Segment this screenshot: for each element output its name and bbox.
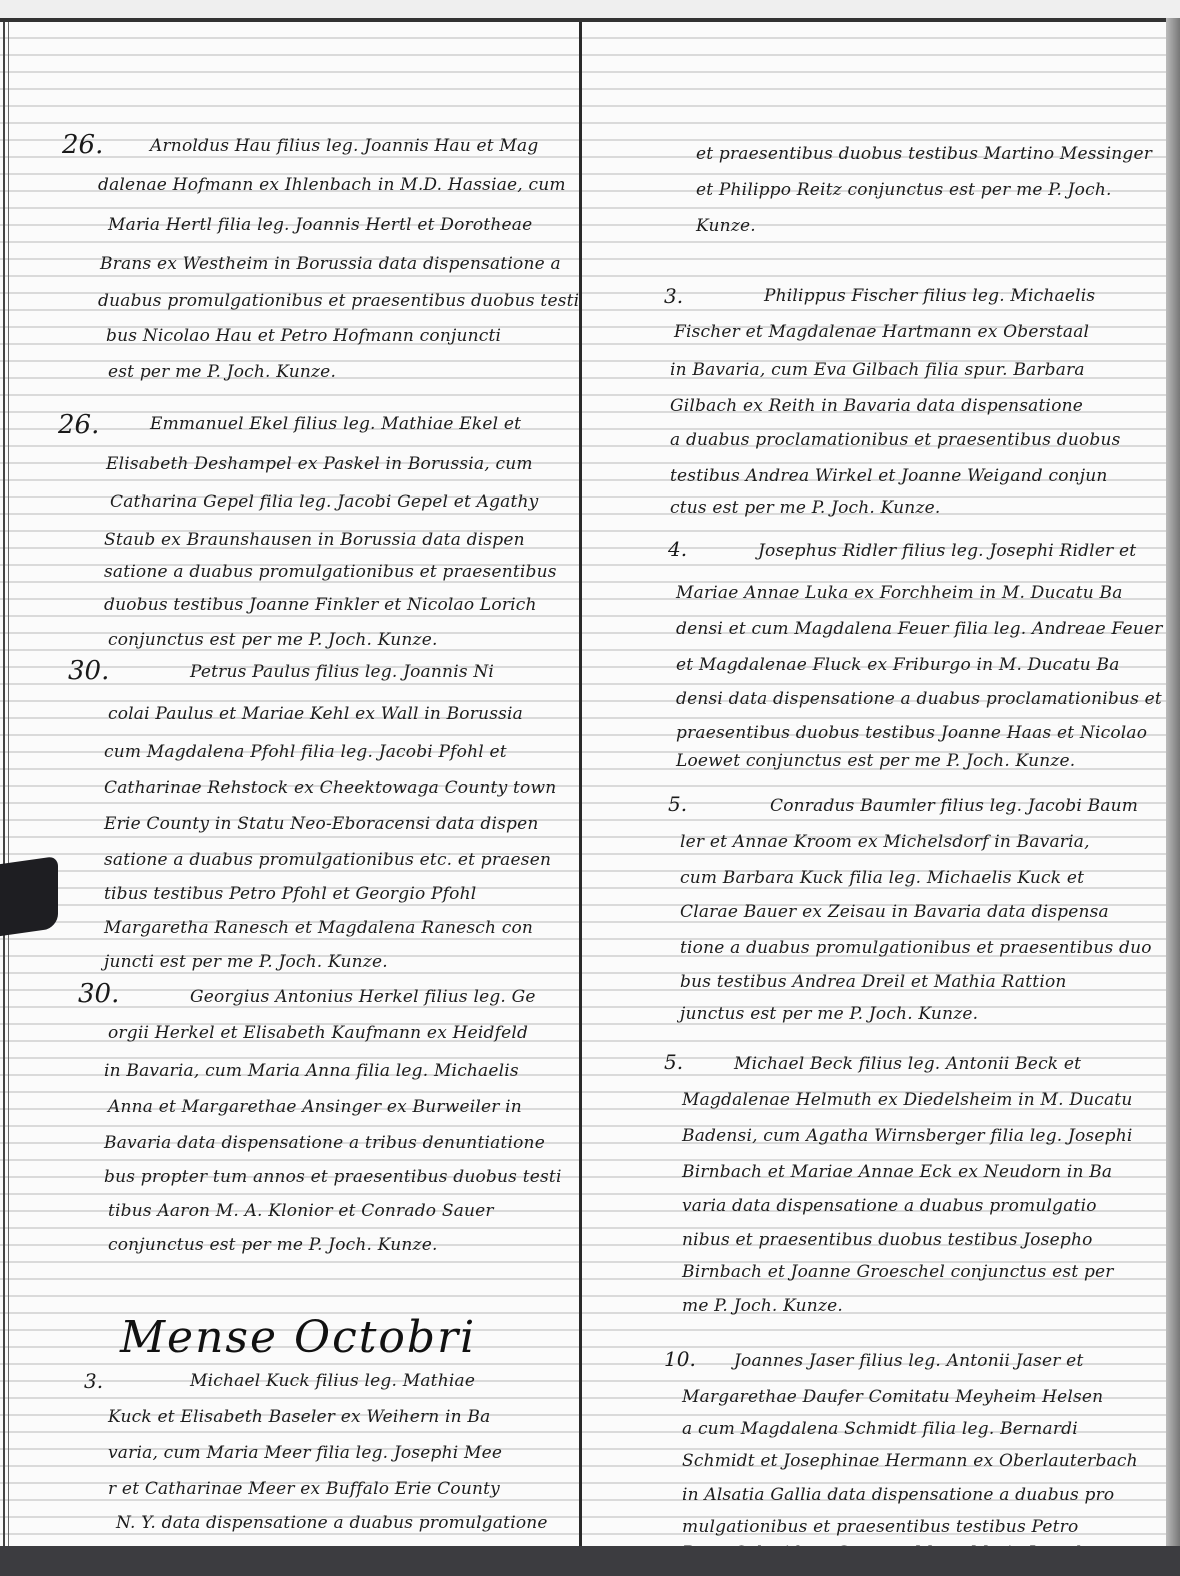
- entry-line: colai Paulus et Mariae Kehl ex Wall in B…: [108, 704, 523, 724]
- entry-line: mulgationibus et praesentibus testibus P…: [682, 1517, 1078, 1537]
- entry-line: conjunctus est per me P. Joch. Kunze.: [108, 630, 438, 650]
- entry-number: 26.: [58, 410, 99, 440]
- left-margin-rule: [3, 22, 5, 1546]
- entry-number: 3.: [84, 1369, 103, 1393]
- entry-line: Schmidt et Josephinae Hermann ex Oberlau…: [682, 1451, 1138, 1471]
- entry-line: Loewet conjunctus est per me P. Joch. Ku…: [676, 751, 1075, 771]
- entry-line: juncti est per me P. Joch. Kunze.: [104, 952, 388, 972]
- entry-number: 3.: [664, 284, 683, 308]
- scan-right-edge-shadow: [1166, 18, 1180, 1548]
- entry-line: Margarethae Daufer Comitatu Meyheim Hels…: [682, 1387, 1103, 1407]
- left-margin-rule: [8, 22, 9, 1546]
- entry-line: in Bavaria, cum Eva Gilbach filia spur. …: [670, 360, 1085, 380]
- entry-line: Michael Beck filius leg. Antonii Beck et: [734, 1054, 1081, 1074]
- entry-line: Brans ex Westheim in Borussia data dispe…: [100, 254, 561, 274]
- entry-line: in Bavaria, cum Maria Anna filia leg. Mi…: [104, 1061, 519, 1081]
- entry-line: Emmanuel Ekel filius leg. Mathiae Ekel e…: [150, 414, 521, 434]
- entry-line: Birnbach et Mariae Annae Eck ex Neudorn …: [682, 1162, 1112, 1182]
- entry-line: dalenae Hofmann ex Ihlenbach in M.D. Has…: [98, 175, 566, 195]
- entry-line: tibus testibus Petro Pfohl et Georgio Pf…: [104, 884, 476, 904]
- entry-line: bus propter tum annos et praesentibus du…: [104, 1167, 562, 1187]
- entry-line: densi data dispensatione a duabus procla…: [676, 689, 1162, 709]
- entry-line: Georgius Antonius Herkel filius leg. Ge: [190, 987, 536, 1007]
- entry-line: junctus est per me P. Joch. Kunze.: [680, 1004, 978, 1024]
- entry-line: Birnbach et Joanne Groeschel conjunctus …: [682, 1262, 1114, 1282]
- binding-tab: [0, 856, 58, 936]
- entry-number: 5.: [664, 1050, 683, 1074]
- scan-bottom-shadow: [0, 1546, 1180, 1576]
- entry-line: Margaretha Ranesch et Magdalena Ranesch …: [104, 918, 533, 938]
- entry-line: et Magdalenae Fluck ex Friburgo in M. Du…: [676, 655, 1120, 675]
- register-sheet: 26. Arnoldus Hau filius leg. Joannis Hau…: [0, 18, 1172, 1550]
- entry-line: bus testibus Andrea Dreil et Mathia Ratt…: [680, 972, 1067, 992]
- entry-line: Kunze.: [696, 216, 756, 236]
- entry-line: ler et Annae Kroom ex Michelsdorf in Bav…: [680, 832, 1090, 852]
- entry-line: satione a duabus promulgationibus etc. e…: [104, 850, 551, 870]
- entry-line: nibus et praesentibus duobus testibus Jo…: [682, 1230, 1093, 1250]
- entry-line: Josephus Ridler filius leg. Josephi Ridl…: [758, 541, 1136, 561]
- entry-line: Arnoldus Hau filius leg. Joannis Hau et …: [150, 136, 538, 156]
- entry-number: 30.: [68, 656, 109, 686]
- entry-line: cum Barbara Kuck filia leg. Michaelis Ku…: [680, 868, 1084, 888]
- entry-line: r et Catharinae Meer ex Buffalo Erie Cou…: [108, 1479, 500, 1499]
- entry-number: 10.: [664, 1347, 696, 1371]
- entry-number: 5.: [668, 792, 687, 816]
- entry-line: Badensi, cum Agatha Wirnsberger filia le…: [682, 1126, 1132, 1146]
- entry-line: Kuck et Elisabeth Baseler ex Weihern in …: [108, 1407, 490, 1427]
- entry-line: Elisabeth Deshampel ex Paskel in Borussi…: [106, 454, 533, 474]
- entry-line: varia data dispensatione a duabus promul…: [682, 1196, 1097, 1216]
- entry-line: tione a duabus promulgationibus et praes…: [680, 938, 1152, 958]
- entry-number: 4.: [668, 537, 687, 561]
- entry-line: Fischer et Magdalenae Hartmann ex Oberst…: [674, 322, 1089, 342]
- entry-line: Clarae Bauer ex Zeisau in Bavaria data d…: [680, 902, 1109, 922]
- entry-line: tibus Aaron M. A. Klonior et Conrado Sau…: [108, 1201, 494, 1221]
- entry-line: Conradus Baumler filius leg. Jacobi Baum: [770, 796, 1138, 816]
- entry-line: Gilbach ex Reith in Bavaria data dispens…: [670, 396, 1083, 416]
- entry-line: varia, cum Maria Meer filia leg. Josephi…: [108, 1443, 502, 1463]
- entry-line: N. Y. data dispensatione a duabus promul…: [116, 1513, 548, 1533]
- entry-line: est per me P. Joch. Kunze.: [108, 362, 336, 382]
- entry-number: 26.: [62, 130, 103, 160]
- entry-line: Bavaria data dispensatione a tribus denu…: [104, 1133, 545, 1153]
- entry-line: bus Nicolao Hau et Petro Hofmann conjunc…: [106, 326, 501, 346]
- entry-number: 30.: [78, 979, 119, 1009]
- entry-line: cum Magdalena Pfohl filia leg. Jacobi Pf…: [104, 742, 507, 762]
- entry-line: Catharinae Rehstock ex Cheektowaga Count…: [104, 778, 556, 798]
- month-heading: Mense Octobri: [120, 1312, 476, 1363]
- entry-line: a cum Magdalena Schmidt filia leg. Berna…: [682, 1419, 1078, 1439]
- entry-line: Catharina Gepel filia leg. Jacobi Gepel …: [110, 492, 539, 512]
- entry-line: Joannes Jaser filius leg. Antonii Jaser …: [734, 1351, 1083, 1371]
- entry-line: Anna et Margarethae Ansinger ex Burweile…: [108, 1097, 522, 1117]
- entry-line: ctus est per me P. Joch. Kunze.: [670, 498, 940, 518]
- entry-line: testibus Andrea Wirkel et Joanne Weigand…: [670, 466, 1108, 486]
- entry-line: in Alsatia Gallia data dispensatione a d…: [682, 1485, 1114, 1505]
- entry-line: orgii Herkel et Elisabeth Kaufmann ex He…: [108, 1023, 528, 1043]
- entry-line: Maria Hertl filia leg. Joannis Hertl et …: [108, 215, 532, 235]
- entry-line: Michael Kuck filius leg. Mathiae: [190, 1371, 475, 1391]
- entry-line: Erie County in Statu Neo-Eboracensi data…: [104, 814, 539, 834]
- entry-line: a duabus proclamationibus et praesentibu…: [670, 430, 1121, 450]
- entry-line: conjunctus est per me P. Joch. Kunze.: [108, 1235, 438, 1255]
- entry-line: et praesentibus duobus testibus Martino …: [696, 144, 1152, 164]
- entry-line: duobus testibus Joanne Finkler et Nicola…: [104, 595, 537, 615]
- entry-line: Mariae Annae Luka ex Forchheim in M. Duc…: [676, 583, 1123, 603]
- entry-line: Magdalenae Helmuth ex Diedelsheim in M. …: [682, 1090, 1133, 1110]
- entry-line: satione a duabus promulgationibus et pra…: [104, 562, 557, 582]
- page-gutter: [579, 22, 582, 1546]
- entry-line: Staub ex Braunshausen in Borussia data d…: [104, 530, 525, 550]
- entry-line: densi et cum Magdalena Feuer filia leg. …: [676, 619, 1163, 639]
- entry-line: me P. Joch. Kunze.: [682, 1296, 843, 1316]
- entry-line: et Philippo Reitz conjunctus est per me …: [696, 180, 1112, 200]
- entry-line: Philippus Fischer filius leg. Michaelis: [764, 286, 1095, 306]
- entry-line: duabus promulgationibus et praesentibus …: [98, 291, 579, 311]
- entry-line: praesentibus duobus testibus Joanne Haas…: [676, 723, 1147, 743]
- entry-line: Petrus Paulus filius leg. Joannis Ni: [190, 662, 494, 682]
